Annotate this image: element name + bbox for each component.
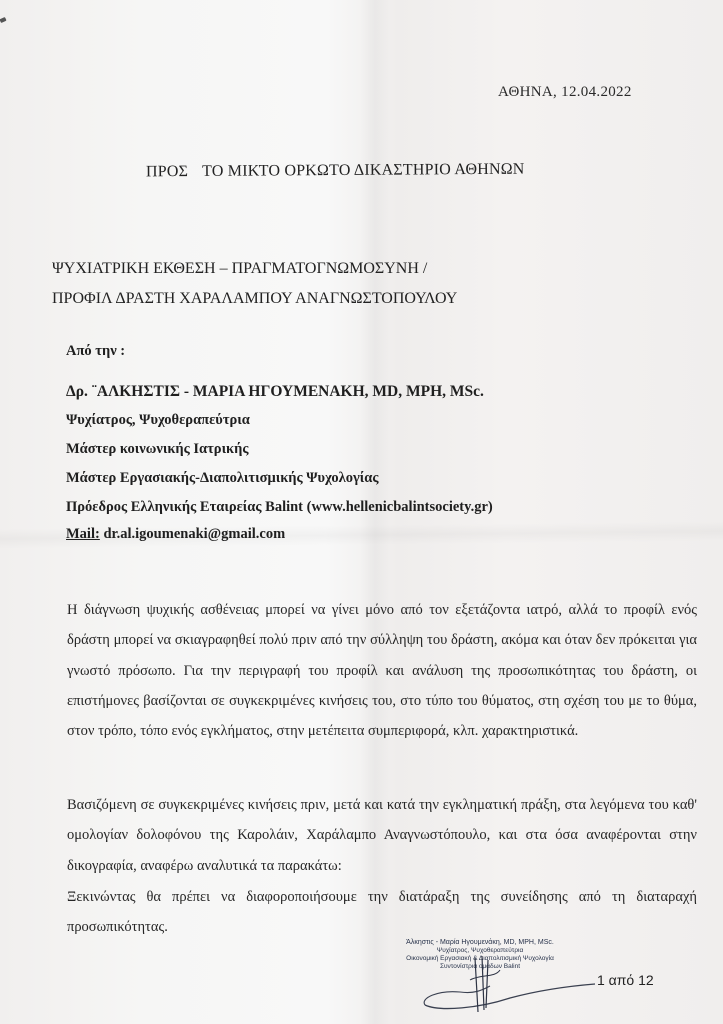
author-name: Δρ. ¨ΑΛΚΗΣΤΙΣ - ΜΑΡΙΑ ΗΓΟΥΜΕΝΑΚΗ, MD, MP…: [66, 383, 484, 401]
mail-address: dr.al.igoumenaki@gmail.com: [100, 526, 285, 542]
stamp-line: Συντονίστρια ομάδων Balint: [380, 963, 580, 971]
pen-mark: [0, 17, 7, 23]
from-label: Από την :: [66, 343, 125, 360]
signature-stamp: Άλκηστις - Μαρία Ηγουμενάκη, MD, MPH, MS…: [380, 939, 580, 971]
stamp-line: Άλκηστις - Μαρία Ηγουμενάκη, MD, MPH, MS…: [380, 939, 580, 947]
body-paragraph: Ξεκινώντας θα πρέπει να διαφοροποιήσουμε…: [67, 882, 697, 943]
stamp-line: Ψυχίατρος, Ψυχοθεραπεύτρια: [380, 947, 580, 955]
body-paragraph: Βασιζόμενη σε συγκεκριμένες κινήσεις πρι…: [67, 790, 697, 881]
report-title-line-1: ΨΥΧΙΑΤΡΙΚΗ ΕΚΘΕΣΗ – ΠΡΑΓΜΑΤΟΓΝΩΜΟΣΥΝΗ /: [52, 260, 427, 278]
author-credential: Μάστερ Εργασιακής-Διαπολιτισμικής Ψυχολο…: [66, 470, 378, 487]
author-credential: Πρόεδρος Ελληνικής Εταιρείας Balint (www…: [66, 499, 493, 516]
author-email-line: Mail: dr.al.igoumenaki@gmail.com: [66, 526, 285, 543]
addressee-recipient: ΤΟ ΜΙΚΤΟ ΟΡΚΩΤΟ ΔΙΚΑΣΤΗΡΙΟ ΑΘΗΝΩΝ: [202, 161, 525, 180]
scanned-letter-page: ΑΘΗΝΑ, 12.04.2022 ΠΡΟΣΤΟ ΜΙΚΤΟ ΟΡΚΩΤΟ ΔΙ…: [0, 0, 723, 1024]
body-paragraph: Η διάγνωση ψυχικής ασθένειας μπορεί να γ…: [67, 595, 697, 746]
addressee-prefix: ΠΡΟΣ: [146, 163, 188, 180]
mail-label: Mail:: [66, 526, 100, 542]
author-credential: Μάστερ κοινωνικής Ιατρικής: [66, 441, 248, 458]
addressee-line: ΠΡΟΣΤΟ ΜΙΚΤΟ ΟΡΚΩΤΟ ΔΙΚΑΣΤΗΡΙΟ ΑΘΗΝΩΝ: [146, 161, 525, 182]
author-credential: Ψυχίατρος, Ψυχοθεραπεύτρια: [66, 412, 250, 429]
page-indicator: 1 από 12: [597, 972, 654, 988]
stamp-line: Οικονομική Εργασιακή & Διαπολιτισμική Ψυ…: [380, 955, 580, 963]
report-title-line-2: ΠΡΟΦΙΛ ΔΡΑΣΤΗ ΧΑΡΑΛΑΜΠΟΥ ΑΝΑΓΝΩΣΤΟΠΟΥΛΟΥ: [52, 290, 457, 308]
date-line: ΑΘΗΝΑ, 12.04.2022: [498, 84, 632, 101]
